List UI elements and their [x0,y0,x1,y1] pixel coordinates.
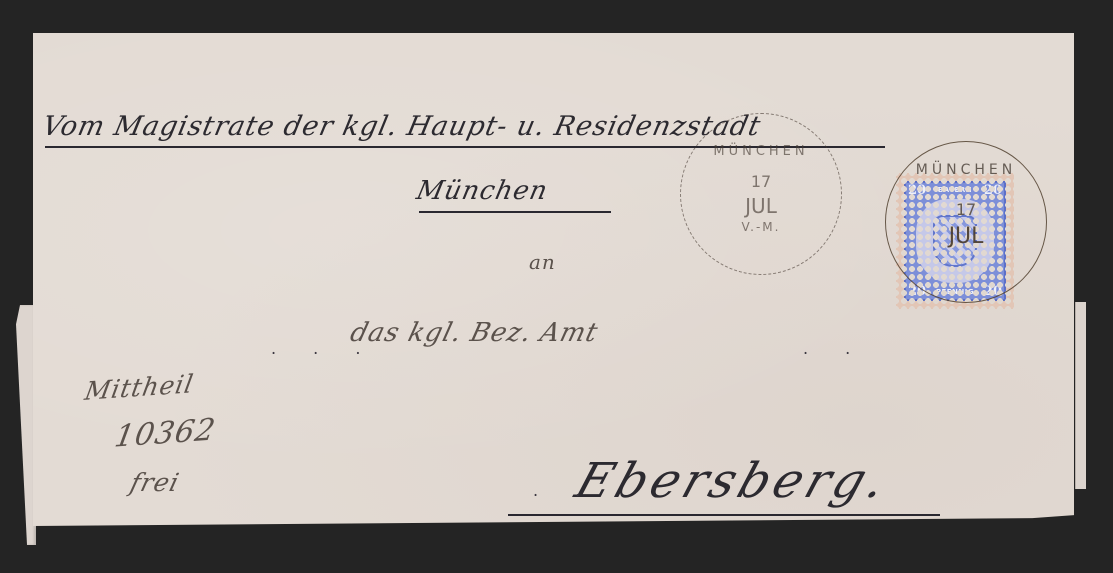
postmark-city: MÜNCHEN [886,162,1046,178]
leader-dots-right: . . [803,339,866,358]
postmark-month: JUL [681,194,841,218]
folded-flap-right [1075,302,1086,489]
postmark-munich-2: MÜNCHEN 17 JUL [885,141,1047,303]
destination-underline [508,514,940,516]
docket-note-frei: frei [127,468,182,497]
addressee: das kgl. Bez. Amt [347,318,601,348]
destination-city: Ebersberg. [569,453,897,509]
docket-note-number: 10362 [112,412,218,455]
leader-dots-left: . . . [271,339,376,358]
postmark-day: 17 [886,200,1046,219]
letter-cover: Vom Magistrate der kgl. Haupt- u. Reside… [33,33,1074,526]
docket-note-line-1: Mittheil [83,369,197,406]
sender-city: München [414,176,551,206]
connector-word: an [529,250,556,274]
leader-dots-destination: . . [533,481,596,500]
postmark-time: V.-M. [681,220,841,234]
sender-city-underline [419,211,611,213]
postmark-month: JUL [886,224,1046,249]
sender-line: Vom Magistrate der kgl. Haupt- u. Reside… [40,111,764,142]
postmark-city: MÜNCHEN [681,144,841,159]
postmark-munich-1: MÜNCHEN 17 JUL V.-M. [680,113,842,275]
postmark-day: 17 [681,172,841,191]
